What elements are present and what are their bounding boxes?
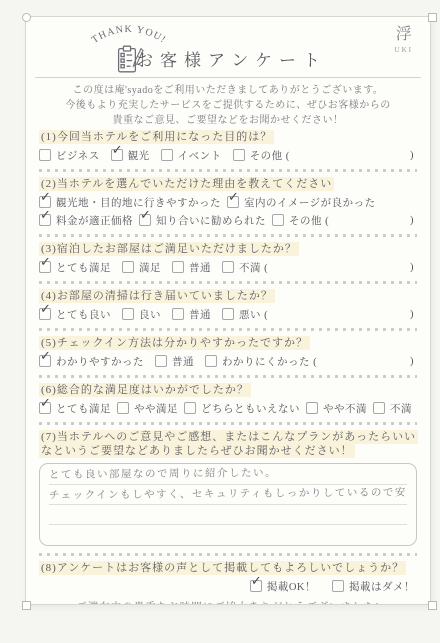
- option-satisfied[interactable]: ✓満足: [122, 260, 161, 275]
- brand-logo-roman: UKI: [395, 47, 413, 54]
- footer: ご滞在中の貴重なお時間にご協力ありがとうございました! 引き続き、素敵な旅をお過…: [39, 600, 417, 605]
- option-label: 室内のイメージが良かった: [244, 195, 376, 210]
- option-label: 掲載はダメ！: [349, 579, 415, 594]
- option-business[interactable]: ✓ビジネス: [39, 148, 100, 163]
- checkmark-icon: ✓: [251, 574, 262, 589]
- dotted-separator: [39, 375, 417, 378]
- option-somewhat-dissatisfied[interactable]: ✓やや不満: [306, 401, 367, 416]
- checkmark-icon: ✓: [40, 255, 51, 270]
- intro-paragraph: この度は庵'syadoをご利用いただきましてありがとうございます。 今後もより充…: [39, 83, 417, 128]
- comment-line[interactable]: とても良い部屋なので周りに紹介したい。: [49, 465, 407, 485]
- checkbox-icon[interactable]: ✓: [222, 308, 234, 320]
- option-label: とても良い: [56, 307, 111, 322]
- option-very-good[interactable]: ✓とても良い: [39, 307, 111, 322]
- option-dissatisfied[interactable]: ✓不満 (: [222, 260, 268, 275]
- option-neutral[interactable]: ✓普通: [155, 354, 194, 369]
- intro-line-2: 今後もより充実したサービスをご提供するために、ぜひお客様からの: [39, 98, 417, 113]
- question-2-options-row-2: ✓料金が適正価格 ✓知り合いに勧められた ✓その他 ( ): [39, 213, 417, 227]
- checkmark-icon: ✓: [40, 396, 51, 411]
- option-good[interactable]: ✓良い: [122, 307, 161, 322]
- checkbox-icon[interactable]: ✓: [39, 196, 51, 208]
- option-label: 不満 (: [239, 260, 268, 275]
- comment-line[interactable]: [49, 505, 407, 525]
- option-label: 観光: [128, 148, 150, 163]
- option-publish-no[interactable]: ✓掲載はダメ！: [332, 579, 415, 594]
- close-paren: ): [410, 262, 417, 273]
- option-label: やや満足: [134, 401, 178, 416]
- dotted-separator: [39, 328, 417, 331]
- option-label: 満足: [139, 260, 161, 275]
- checkbox-icon[interactable]: ✓: [272, 214, 284, 226]
- question-8: (8)アンケートはお客様の声として掲載してもよろしいでしょうか？ ✓掲載OK！ …: [39, 561, 417, 593]
- checkbox-icon[interactable]: ✓: [39, 355, 51, 367]
- option-label: 悪い (: [239, 307, 268, 322]
- question-7: (7)当ホテルへのご意見やご感想、またはこんなプランがあったらいいなというご要望…: [39, 430, 417, 556]
- checkbox-icon[interactable]: ✓: [111, 149, 123, 161]
- option-label: やや不満: [323, 401, 367, 416]
- question-8-options: ✓掲載OK！ ✓掲載はダメ！: [39, 579, 417, 593]
- question-6: (6)総合的な満足度はいかがでしたか？ ✓とても満足 ✓やや満足 ✓どちらともい…: [39, 383, 417, 425]
- brand-logo-kanji: 浮: [395, 27, 413, 43]
- checkbox-icon[interactable]: ✓: [39, 214, 51, 226]
- checkmark-icon: ✓: [140, 208, 151, 223]
- close-paren: ): [410, 150, 417, 161]
- option-dissatisfied[interactable]: ✓不満: [373, 401, 412, 416]
- dotted-separator: [39, 234, 417, 237]
- option-label: 観光地・目的地に行きやすかった: [56, 195, 221, 210]
- option-neutral[interactable]: ✓普通: [172, 307, 211, 322]
- option-easy-access[interactable]: ✓観光地・目的地に行きやすかった: [39, 195, 221, 210]
- checkmark-icon: ✓: [40, 302, 51, 317]
- option-other[interactable]: ✓その他 (: [272, 213, 329, 228]
- question-1: (1)今回当ホテルをご利用になった目的は？ ✓ビジネス ✓観光 ✓イベント ✓そ…: [39, 130, 417, 172]
- checkbox-icon[interactable]: ✓: [39, 149, 51, 161]
- page-title: お客様アンケート: [39, 46, 417, 71]
- option-fair-price[interactable]: ✓料金が適正価格: [39, 213, 133, 228]
- option-label: 不満: [390, 401, 412, 416]
- dotted-separator: [39, 169, 417, 172]
- checkbox-icon[interactable]: ✓: [332, 580, 344, 592]
- question-4-title: (4)お部屋の清掃は行き届いていましたか？: [39, 289, 417, 303]
- checkbox-icon[interactable]: ✓: [122, 308, 134, 320]
- close-paren: ): [410, 215, 417, 226]
- option-label: わかりやすかった: [56, 354, 144, 369]
- checkbox-icon[interactable]: ✓: [161, 149, 173, 161]
- checkbox-icon[interactable]: ✓: [155, 355, 167, 367]
- selection-handle-top-left[interactable]: [22, 13, 31, 22]
- checkmark-icon: ✓: [112, 143, 123, 158]
- question-1-title: (1)今回当ホテルをご利用になった目的は？: [39, 130, 417, 144]
- checkmark-icon: ✓: [40, 208, 51, 223]
- option-label: どちらともいえない: [201, 401, 300, 416]
- checkbox-icon[interactable]: ✓: [122, 261, 134, 273]
- selection-handle-top-right[interactable]: [428, 13, 437, 22]
- selection-handle-bottom-left[interactable]: [22, 601, 31, 610]
- option-room-image[interactable]: ✓室内のイメージが良かった: [227, 195, 376, 210]
- option-sightseeing[interactable]: ✓観光: [111, 148, 150, 163]
- header: THANK YOU! お客様アンケート 浮 UKI: [39, 24, 417, 73]
- question-6-title: (6)総合的な満足度はいかがでしたか？: [39, 383, 417, 397]
- checkbox-icon[interactable]: ✓: [172, 261, 184, 273]
- option-very-satisfied[interactable]: ✓とても満足: [39, 260, 111, 275]
- question-2-options-row-1: ✓観光地・目的地に行きやすかった ✓室内のイメージが良かった: [39, 195, 417, 209]
- checkmark-icon: ✓: [40, 349, 51, 364]
- brand-logo: 浮 UKI: [395, 27, 413, 54]
- dotted-separator: [39, 553, 417, 556]
- selection-handle-bottom-right[interactable]: [428, 601, 437, 610]
- checkbox-icon[interactable]: ✓: [39, 402, 51, 414]
- option-other[interactable]: ✓その他 (: [233, 148, 290, 163]
- question-2: (2)当ホテルを選んでいただけた理由を教えてください ✓観光地・目的地に行きやす…: [39, 177, 417, 237]
- question-5: (5)チェックイン方法は分かりやすかったですか？ ✓わかりやすかった ✓普通 ✓…: [39, 336, 417, 378]
- option-label: 普通: [189, 260, 211, 275]
- checkbox-icon[interactable]: ✓: [184, 402, 196, 414]
- option-bad[interactable]: ✓悪い (: [222, 307, 268, 322]
- question-2-title: (2)当ホテルを選んでいただけた理由を教えてください: [39, 177, 417, 191]
- footer-line-1: ご滞在中の貴重なお時間にご協力ありがとうございました!: [39, 600, 417, 605]
- option-publish-ok[interactable]: ✓掲載OK！: [250, 579, 316, 594]
- option-label: わかりにくかった (: [222, 354, 317, 369]
- option-label: ビジネス: [56, 148, 100, 163]
- handwritten-text: チェックインもしやすく、セキュリティもしっかりしているので安全: [49, 485, 407, 505]
- close-paren: ): [410, 309, 417, 320]
- question-6-options: ✓とても満足 ✓やや満足 ✓どちらともいえない ✓やや不満 ✓不満: [39, 401, 417, 415]
- close-paren: ): [410, 356, 417, 367]
- handwritten-text: とても良い部屋なので周りに紹介したい。: [49, 465, 277, 485]
- option-recommended[interactable]: ✓知り合いに勧められた: [139, 213, 266, 228]
- option-label: 普通: [189, 307, 211, 322]
- intro-line-1: この度は庵'syadoをご利用いただきましてありがとうございます。: [39, 83, 417, 98]
- header-divider: [35, 77, 421, 78]
- question-7-title: (7)当ホテルへのご意見やご感想、またはこんなプランがあったらいいなというご要望…: [39, 430, 417, 458]
- question-5-options: ✓わかりやすかった ✓普通 ✓わかりにくかった ( ): [39, 354, 417, 368]
- option-label: とても満足: [56, 260, 111, 275]
- question-3: (3)宿泊したお部屋はご満足いただけましたか？ ✓とても満足 ✓満足 ✓普通 ✓…: [39, 242, 417, 284]
- checkbox-icon[interactable]: ✓: [205, 355, 217, 367]
- option-label: その他 (: [289, 213, 329, 228]
- question-4-options: ✓とても良い ✓良い ✓普通 ✓悪い ( ): [39, 307, 417, 321]
- question-1-options: ✓ビジネス ✓観光 ✓イベント ✓その他 ( ): [39, 148, 417, 162]
- intro-line-3: 貴重なご意見、ご要望などをお聞かせください！: [39, 113, 417, 128]
- checkbox-icon[interactable]: ✓: [233, 149, 245, 161]
- option-neutral[interactable]: ✓普通: [172, 260, 211, 275]
- checkbox-icon[interactable]: ✓: [227, 196, 239, 208]
- checkbox-icon[interactable]: ✓: [250, 580, 262, 592]
- checkbox-icon[interactable]: ✓: [117, 402, 129, 414]
- checkbox-icon[interactable]: ✓: [139, 214, 151, 226]
- option-label: 普通: [172, 354, 194, 369]
- option-label: とても満足: [56, 401, 111, 416]
- comment-box[interactable]: とても良い部屋なので周りに紹介したい。 チェックインもしやすく、セキュリティもし…: [39, 463, 417, 546]
- checkbox-icon[interactable]: ✓: [222, 261, 234, 273]
- option-label: その他 (: [250, 148, 290, 163]
- option-event[interactable]: ✓イベント: [161, 148, 222, 163]
- question-4: (4)お部屋の清掃は行き届いていましたか？ ✓とても良い ✓良い ✓普通 ✓悪い…: [39, 289, 417, 331]
- question-3-options: ✓とても満足 ✓満足 ✓普通 ✓不満 ( ): [39, 260, 417, 274]
- question-8-title: (8)アンケートはお客様の声として掲載してもよろしいでしょうか？: [39, 561, 417, 575]
- option-somewhat-satisfied[interactable]: ✓やや満足: [117, 401, 178, 416]
- comment-line[interactable]: [49, 525, 407, 544]
- checkbox-icon[interactable]: ✓: [306, 402, 318, 414]
- checkbox-icon[interactable]: ✓: [39, 308, 51, 320]
- option-label: イベント: [178, 148, 222, 163]
- checkmark-icon: ✓: [228, 190, 239, 205]
- option-hard[interactable]: ✓わかりにくかった (: [205, 354, 317, 369]
- checkbox-icon[interactable]: ✓: [39, 261, 51, 273]
- option-easy[interactable]: ✓わかりやすかった: [39, 354, 144, 369]
- comment-line[interactable]: チェックインもしやすく、セキュリティもしっかりしているので安全: [49, 485, 407, 505]
- questionnaire-sheet: THANK YOU! お客様アンケート 浮 UKI この度は庵'syadoをご利…: [25, 16, 431, 605]
- option-label: 良い: [139, 307, 161, 322]
- checkmark-icon: ✓: [40, 190, 51, 205]
- checkbox-icon[interactable]: ✓: [373, 402, 385, 414]
- checkbox-icon[interactable]: ✓: [172, 308, 184, 320]
- option-very-satisfied[interactable]: ✓とても満足: [39, 401, 111, 416]
- option-label: 料金が適正価格: [56, 213, 133, 228]
- option-label: 掲載OK！: [267, 579, 316, 594]
- dotted-separator: [39, 422, 417, 425]
- dotted-separator: [39, 281, 417, 284]
- option-neither[interactable]: ✓どちらともいえない: [184, 401, 300, 416]
- question-3-title: (3)宿泊したお部屋はご満足いただけましたか？: [39, 242, 417, 256]
- question-5-title: (5)チェックイン方法は分かりやすかったですか？: [39, 336, 417, 350]
- option-label: 知り合いに勧められた: [156, 213, 266, 228]
